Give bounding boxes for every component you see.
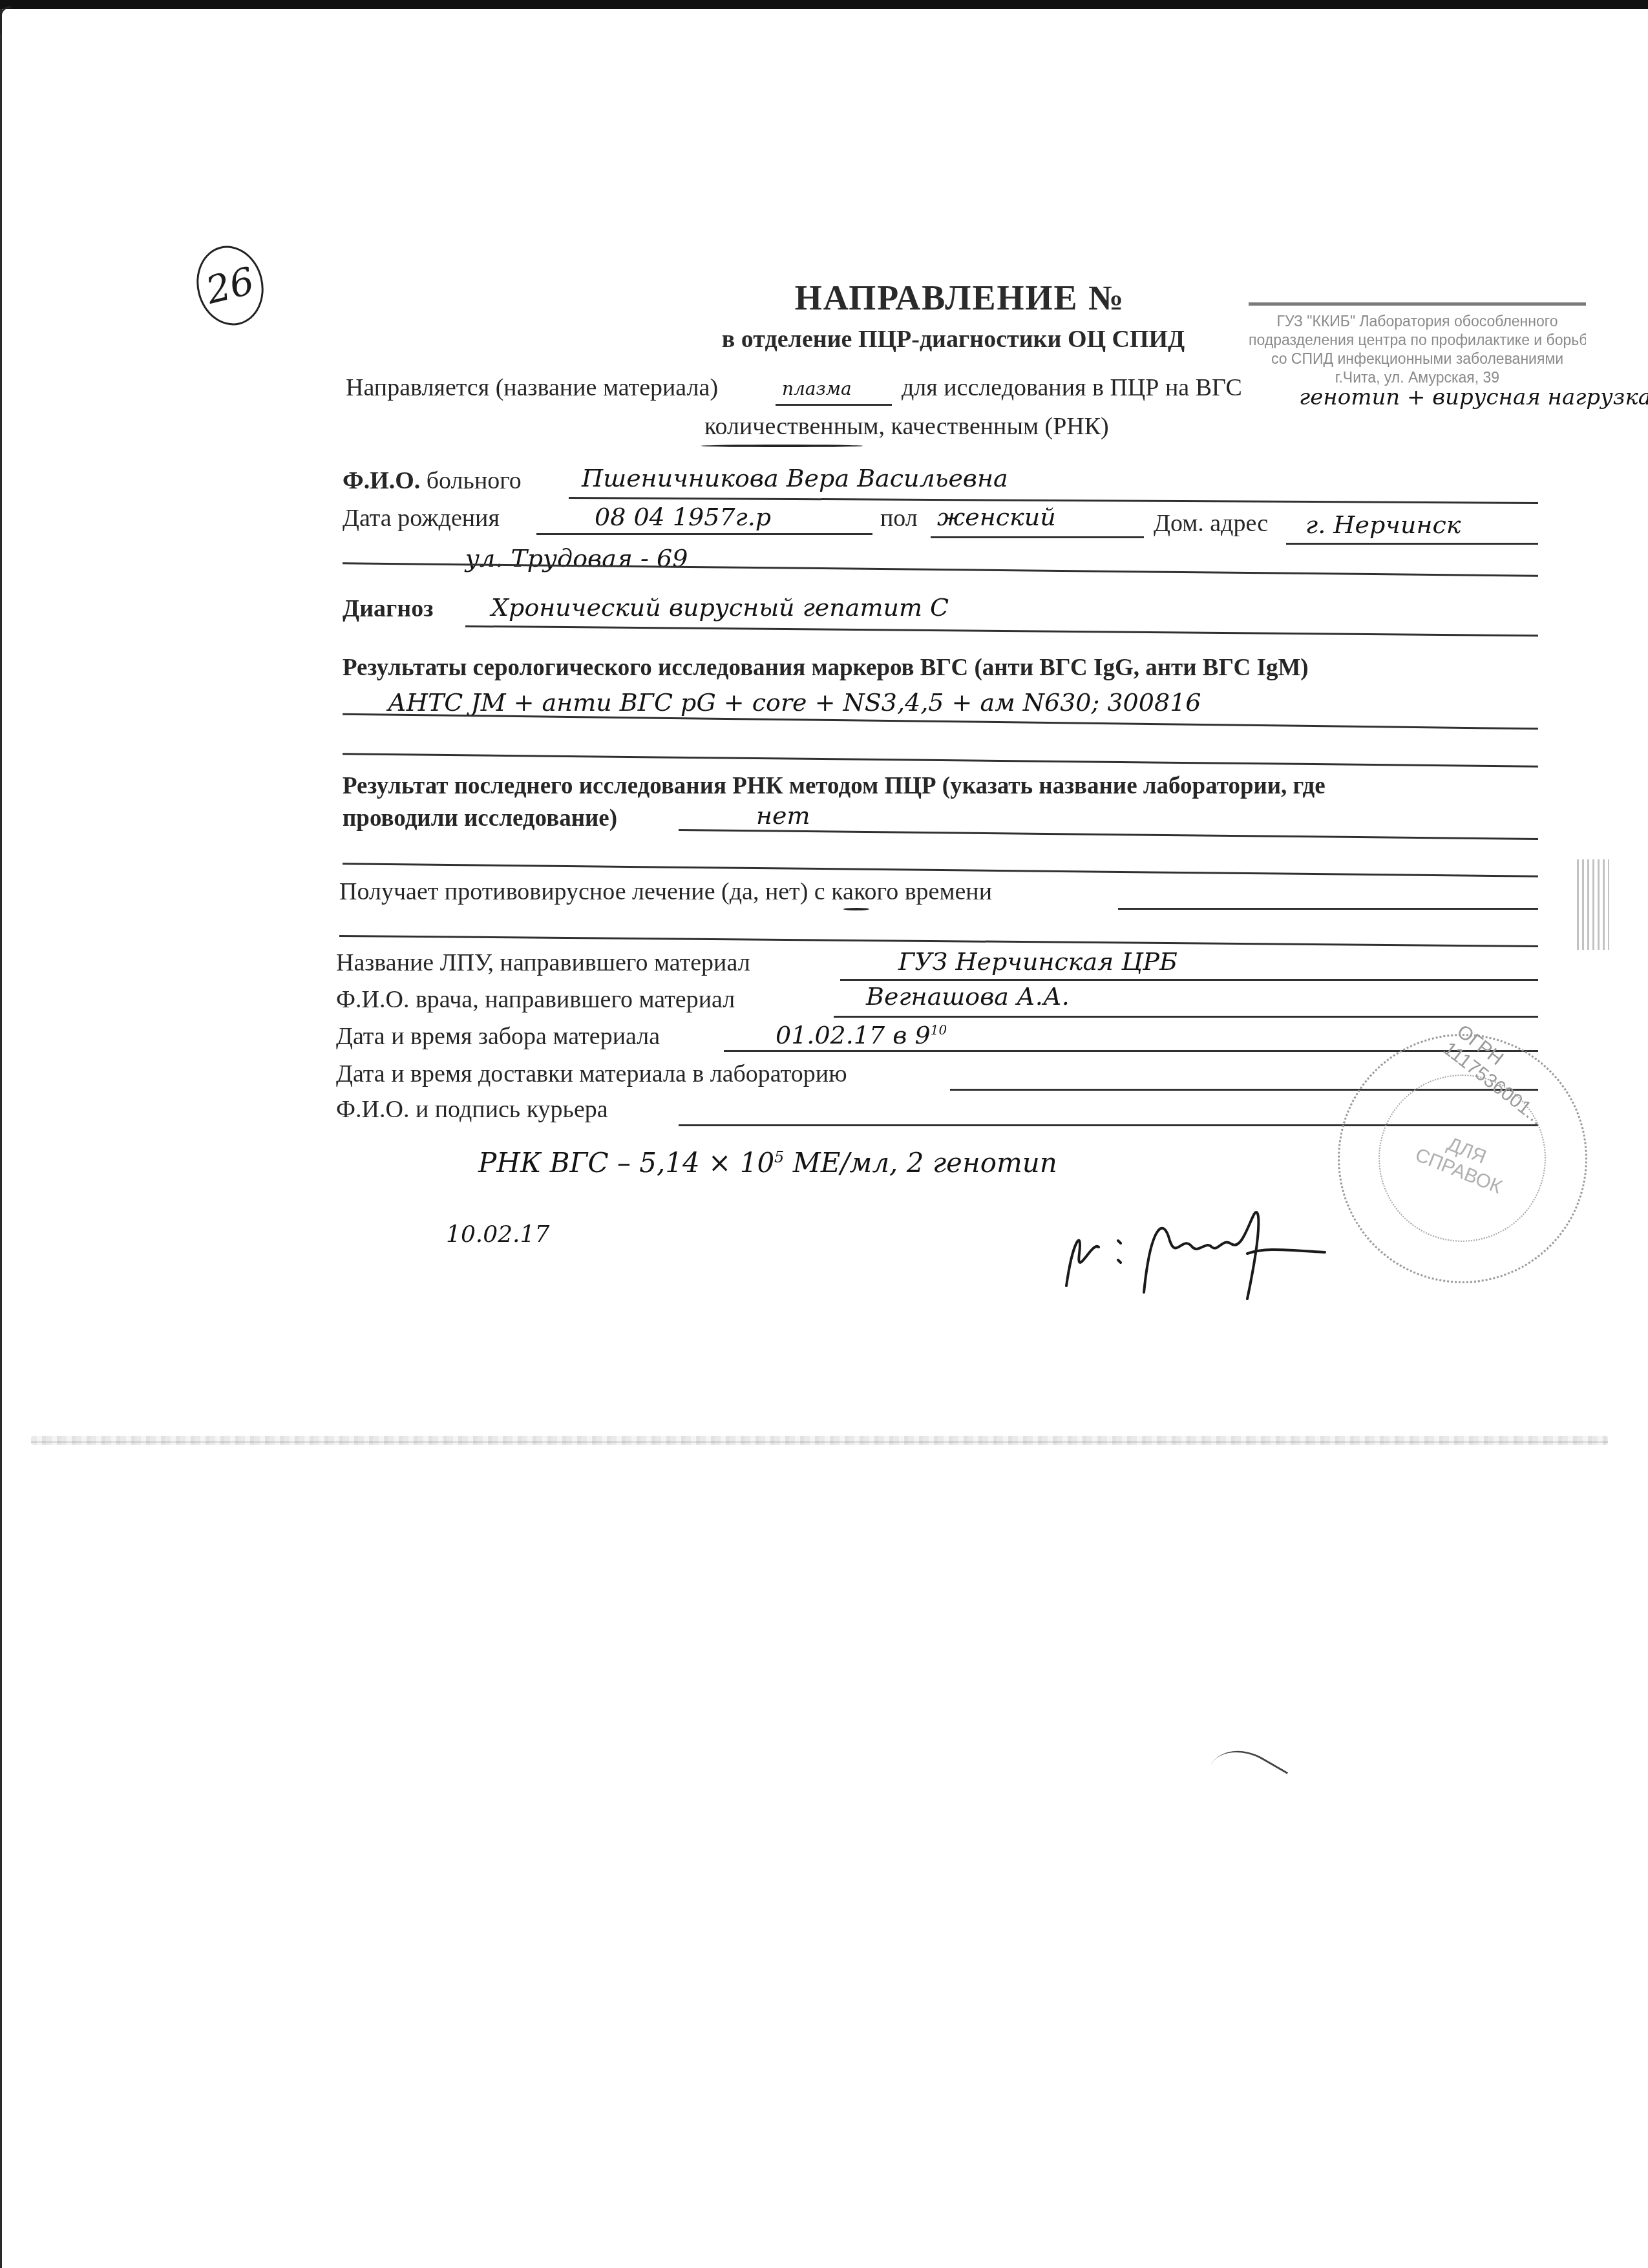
signature — [1053, 1202, 1389, 1305]
last-pcr-label-line2: проводили исследование) — [343, 804, 617, 832]
diagnosis-value: Хронический вирусный гепатит С — [491, 593, 949, 622]
pcr-mode-options: количественным, качественным (РНК) — [704, 412, 1109, 441]
antiviral-selected-underline — [843, 908, 869, 910]
signature-icon — [1053, 1202, 1389, 1305]
fio-abbr: Ф.И.О. — [343, 467, 420, 494]
patient-name-label: Ф.И.О. больного — [343, 467, 522, 495]
stamp-line: со СПИД инфекционными заболеваниями — [1249, 350, 1586, 368]
sex-underline — [931, 536, 1144, 538]
material-underline — [776, 404, 892, 406]
scan-smudge — [1577, 859, 1609, 950]
material-handwritten-note: генотип + вирусная нагрузка — [1299, 384, 1648, 410]
lpu-underline — [840, 979, 1538, 981]
courier-label: Ф.И.О. и подпись курьера — [336, 1095, 608, 1124]
birth-date-value: 08 04 1957г.р — [595, 503, 771, 531]
laboratory-stamp: ГУЗ "ККИБ" Лаборатория обособленного под… — [1249, 302, 1586, 393]
material-purpose-label: для исследования в ПЦР на ВГС — [902, 373, 1242, 402]
birth-date-label: Дата рождения — [343, 504, 500, 532]
lpu-label: Название ЛПУ, направившего материал — [336, 949, 750, 977]
last-pcr-value: нет — [756, 801, 810, 830]
address-label: Дом. адрес — [1154, 509, 1268, 538]
result-note: РНК ВГС – 5,14 × 105 МЕ/мл, 2 генотип — [478, 1147, 1057, 1179]
scan-border-top — [0, 0, 1648, 9]
selected-mode-underline — [701, 445, 863, 447]
collection-datetime: 01.02.17 в 9 — [776, 1021, 931, 1049]
patient-name-value: Пшеничникова Вера Васильевна — [582, 464, 1008, 492]
birth-date-underline — [536, 533, 872, 535]
antiviral-label: Получает противовирусное лечение (да, не… — [339, 877, 992, 906]
doctor-underline — [834, 1016, 1538, 1018]
address-value-street: ул. Трудовая - 69 — [465, 544, 688, 572]
delivery-label: Дата и время доставки материала в лабора… — [336, 1060, 847, 1088]
scan-border-left — [0, 9, 2, 2268]
stamp-line: подразделения центра по профилактике и б… — [1249, 331, 1586, 350]
fio-suffix: больного — [427, 467, 522, 494]
address-underline-1 — [1286, 543, 1538, 545]
scan-artifact-hair — [1200, 1737, 1289, 1819]
address-value-city: г. Нерчинск — [1305, 510, 1461, 539]
antiviral-value-underline — [1118, 908, 1538, 910]
result-note-text-after: МЕ/мл, 2 генотип — [784, 1147, 1057, 1179]
round-seal-stamp: ОГРН 1117536001... ДЛЯ СПРАВОК — [1338, 1034, 1587, 1283]
scan-paper-corner — [0, 6, 11, 34]
doctor-value: Вегнашова А.А. — [866, 982, 1070, 1011]
result-date: 10.02.17 — [446, 1221, 549, 1248]
serology-value: АНТС JM + анти ВГС pG + core + NS3,4,5 +… — [388, 688, 1201, 717]
stamp-line: ГУЗ "ККИБ" Лаборатория обособленного — [1249, 312, 1586, 331]
form-title: НАПРАВЛЕНИЕ № — [779, 278, 1141, 318]
last-pcr-label-line1: Результат последнего исследования РНК ме… — [343, 772, 1326, 800]
result-note-text: РНК ВГС – 5,14 × 10 — [478, 1147, 774, 1179]
diagnosis-label: Диагноз — [343, 594, 433, 623]
torn-paper-edge — [31, 1436, 1608, 1445]
serology-label: Результаты серологического исследования … — [343, 654, 1309, 682]
result-note-exponent: 5 — [774, 1148, 784, 1166]
collection-minutes: 10 — [931, 1022, 947, 1038]
sex-value: женский — [937, 503, 1056, 531]
material-value: плазма — [782, 378, 852, 399]
material-label: Направляется (название материала) — [346, 373, 718, 402]
collection-value: 01.02.17 в 910 — [776, 1021, 947, 1049]
form-subtitle: в отделение ПЦР-диагностики ОЦ СПИД — [679, 325, 1228, 353]
collection-label: Дата и время забора материала — [336, 1022, 660, 1051]
sex-label: пол — [880, 504, 918, 532]
lpu-value: ГУЗ Нерчинская ЦРБ — [898, 947, 1178, 976]
doctor-label: Ф.И.О. врача, направившего материал — [336, 985, 735, 1014]
